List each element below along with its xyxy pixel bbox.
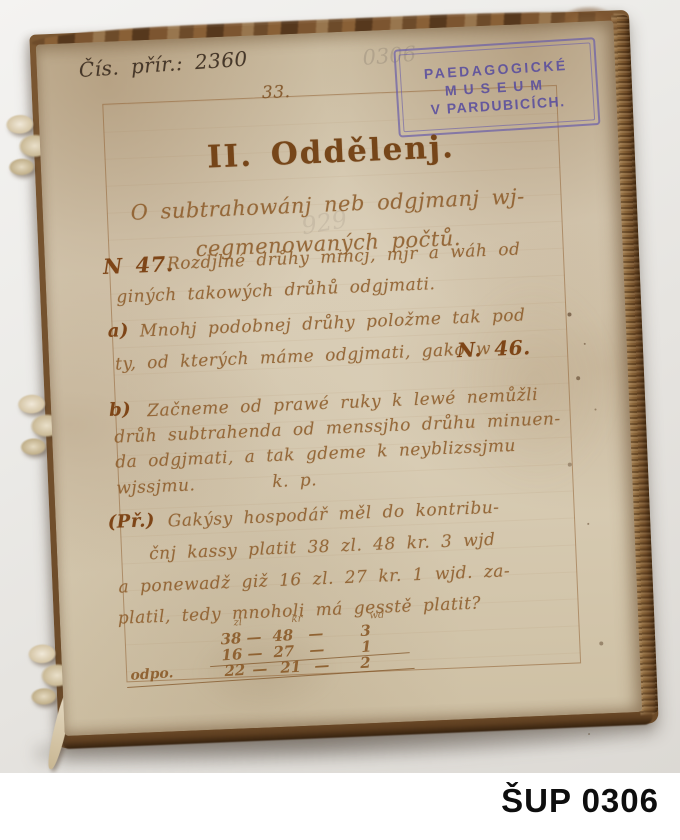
- arith-col-header-zl: zl: [233, 617, 242, 628]
- paragraph-a-reference: N. 46.: [456, 335, 531, 362]
- manuscript-photo: Čís. přír.: 2360 33. 0306 929 PAEDAGOGIC…: [0, 0, 680, 840]
- answer-label: odpo.: [130, 665, 174, 684]
- paragraph-a-label: a): [107, 320, 129, 342]
- paragraph-b-label: b): [109, 399, 132, 421]
- museum-stamp-inner-border: PAEDAGOGICKÉ MUSEUM V PARDUBICÍCH.: [399, 42, 596, 132]
- dash: —: [252, 660, 268, 679]
- catalog-label: ŠUP 0306: [501, 782, 659, 820]
- arith-r3-kr: 21: [280, 658, 302, 677]
- catalog-strip: ŠUP 0306: [0, 773, 680, 840]
- paragraph-b-line-4: wjssjmu.: [116, 475, 196, 498]
- notebook: Čís. přír.: 2360 33. 0306 929 PAEDAGOGIC…: [29, 10, 658, 748]
- paragraph-n47-label: N 47.: [103, 251, 175, 279]
- accession-number: Čís. přír.: 2360: [78, 47, 248, 82]
- arith-col-header-kr: kr: [291, 613, 302, 625]
- arith-col-header-wd: wd: [369, 610, 385, 622]
- example-label: (Př.): [107, 510, 155, 533]
- paragraph-b-line-4-suffix: k. p.: [272, 470, 318, 492]
- notebook-cover: Čís. přír.: 2360 33. 0306 929 PAEDAGOGIC…: [36, 20, 642, 736]
- arith-r3-zl: 22: [224, 661, 246, 680]
- secondary-number: 33.: [262, 82, 291, 103]
- museum-stamp: PAEDAGOGICKÉ MUSEUM V PARDUBICÍCH.: [393, 37, 600, 138]
- arith-r3-wd: 2: [360, 654, 371, 673]
- dash: —: [314, 656, 330, 675]
- table-background: Čís. přír.: 2360 33. 0306 929 PAEDAGOGIC…: [0, 0, 680, 773]
